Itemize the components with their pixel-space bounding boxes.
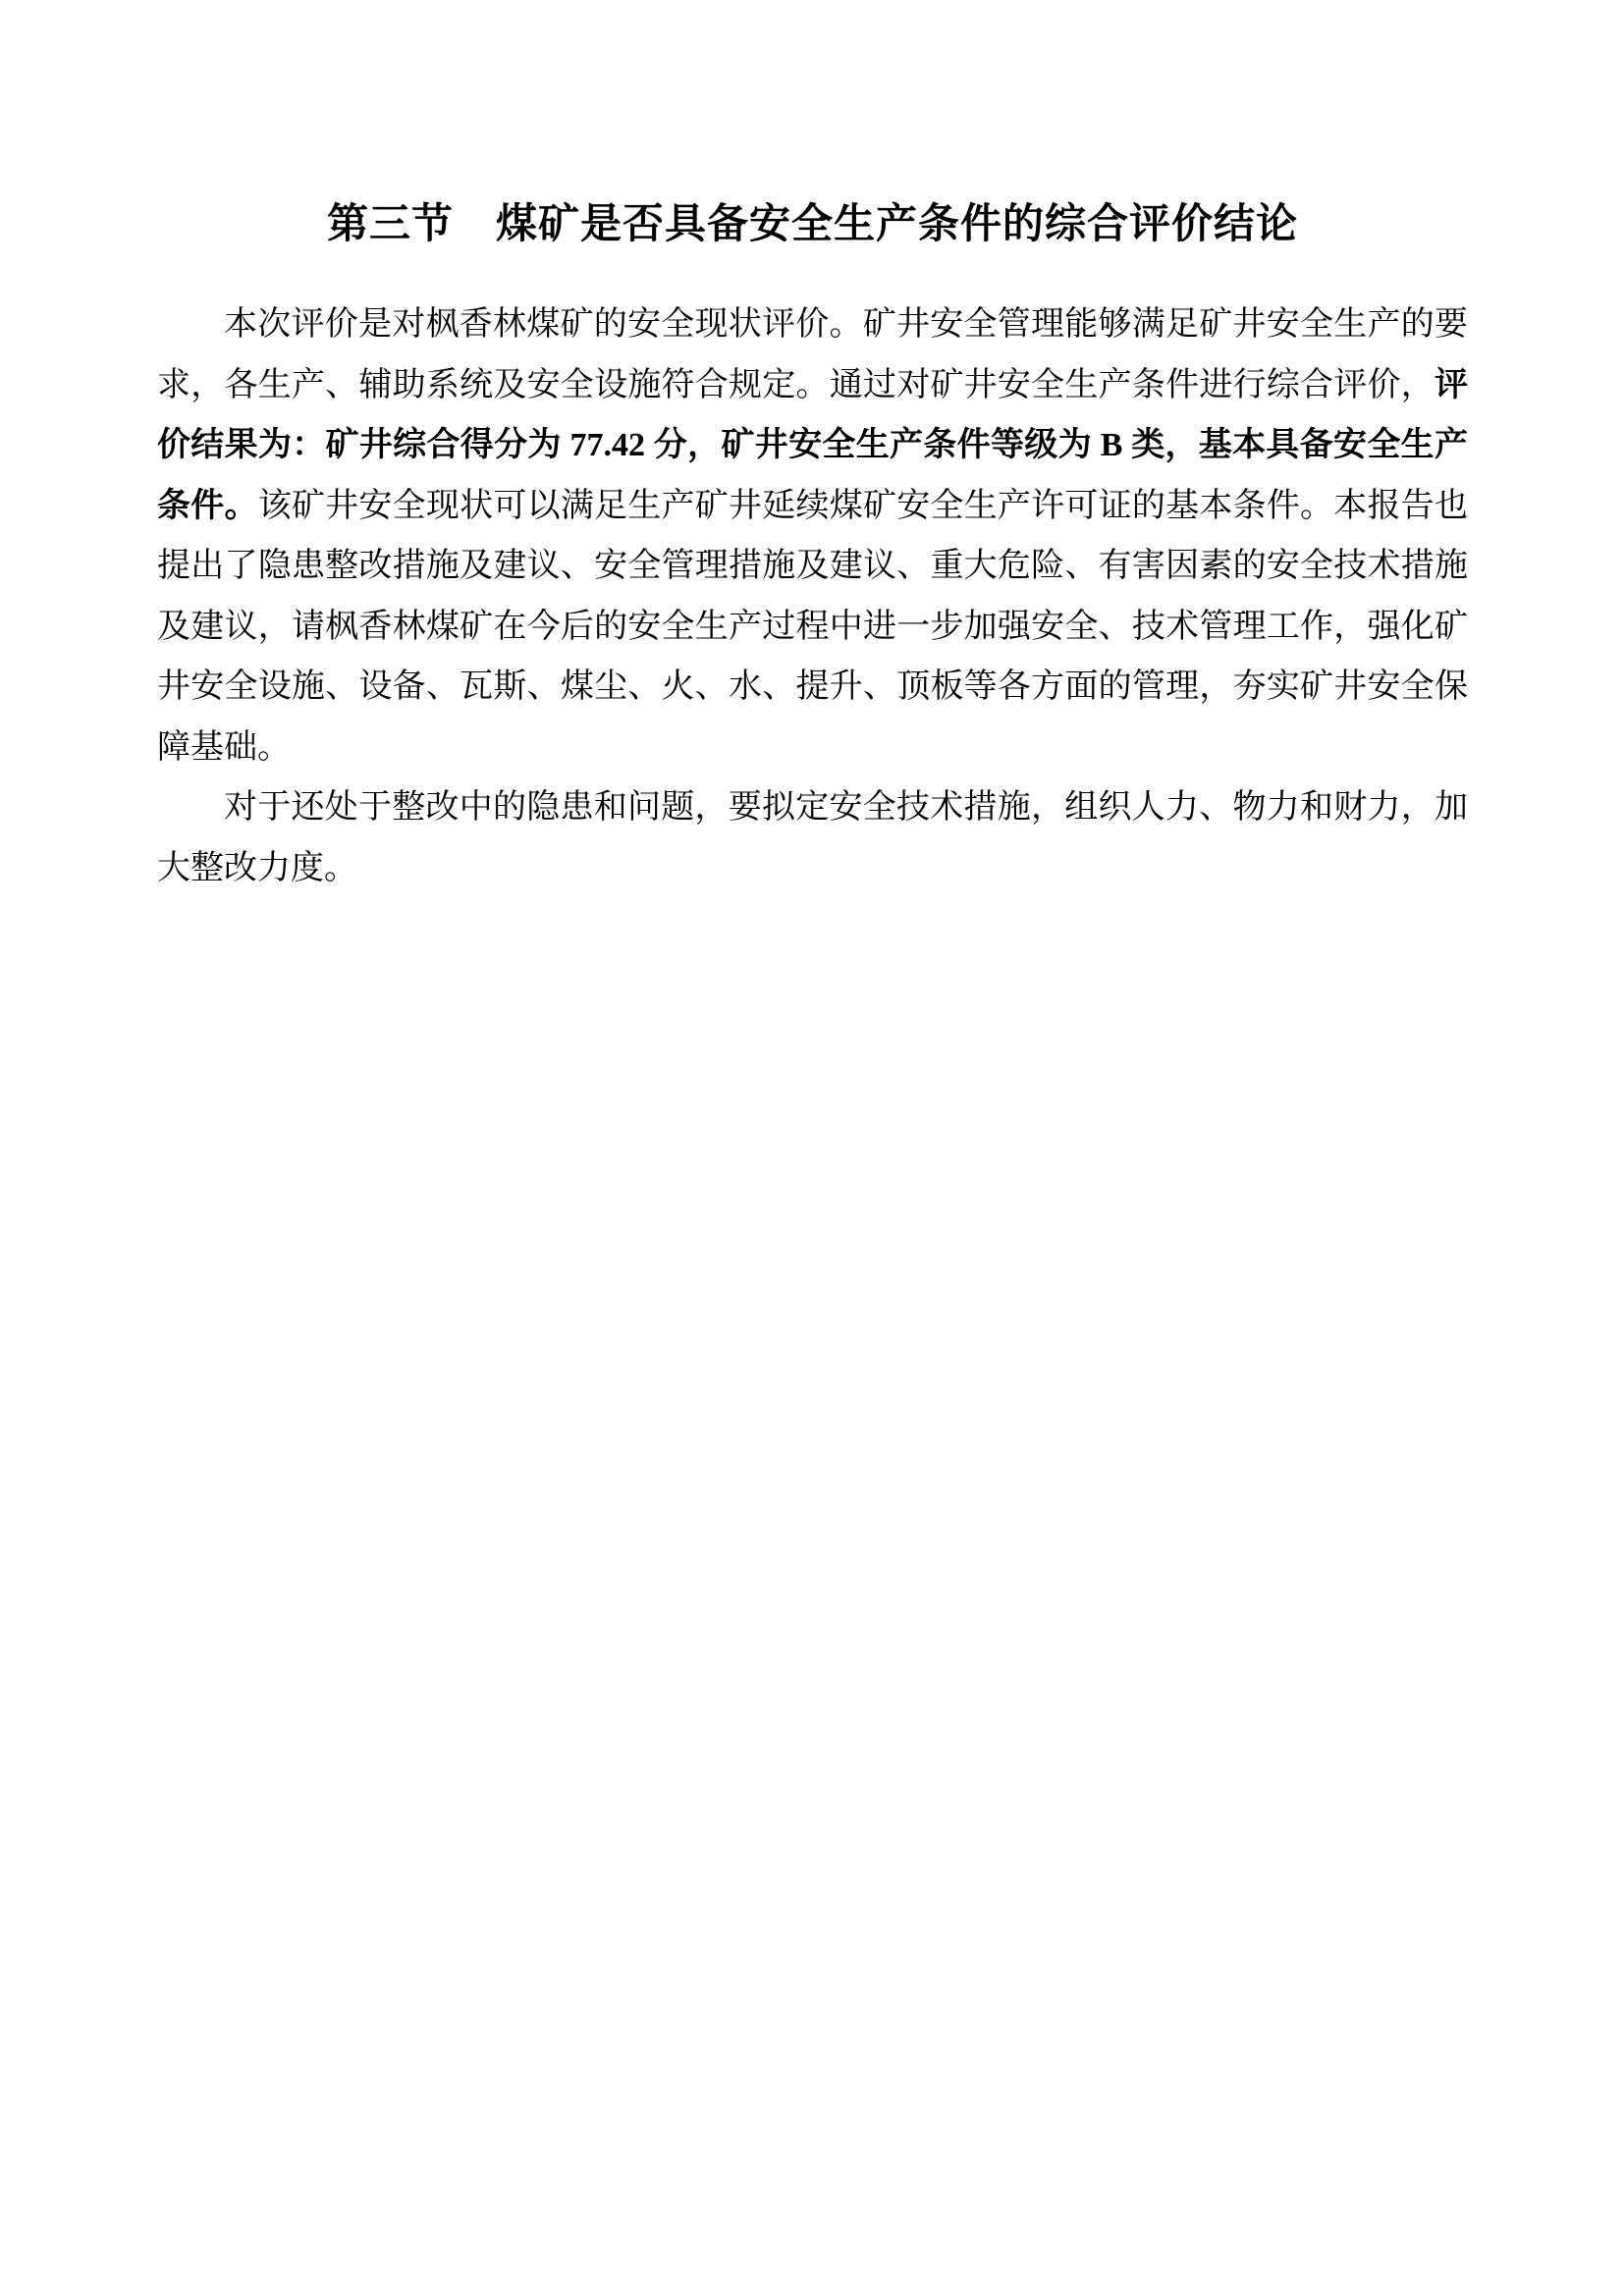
section-title: 第三节 煤矿是否具备安全生产条件的综合评价结论	[157, 196, 1468, 253]
document-page: 第三节 煤矿是否具备安全生产条件的综合评价结论 本次评价是对枫香林煤矿的安全现状…	[0, 0, 1624, 2296]
paragraph-evaluation-conclusion: 本次评价是对枫香林煤矿的安全现状评价。矿井安全管理能够满足矿井安全生产的要求，各…	[157, 294, 1468, 777]
paragraph-rectification-requirement: 对于还处于整改中的隐患和问题，要拟定安全技术措施，组织人力、物力和财力，加大整改…	[157, 777, 1468, 898]
paragraph1-normal-text-lead: 本次评价是对枫香林煤矿的安全现状评价。矿井安全管理能够满足矿井安全生产的要求，各…	[157, 306, 1468, 403]
paragraph1-normal-text-tail: 该矿井安全现状可以满足生产矿井延续煤矿安全生产许可证的基本条件。本报告也提出了隐…	[157, 488, 1468, 766]
